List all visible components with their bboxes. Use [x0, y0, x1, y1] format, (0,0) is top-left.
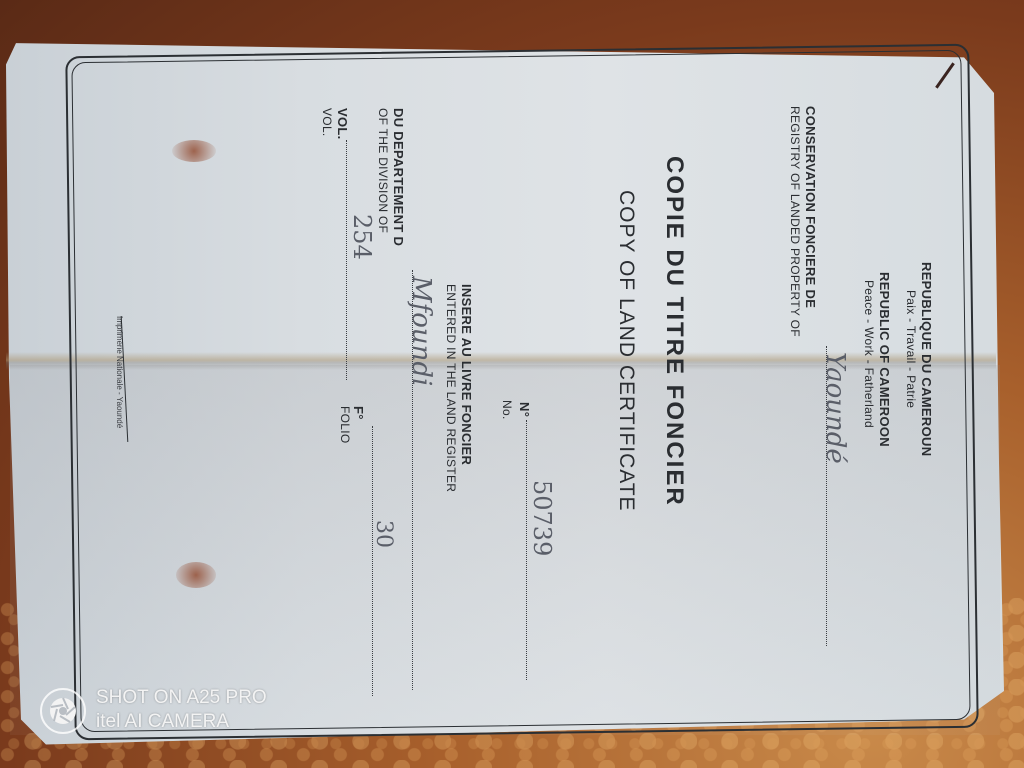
number-label-fr: N° [517, 402, 532, 417]
land-register-label-fr: INSERE AU LIVRE FONCIER [459, 284, 474, 465]
volume-value: 254 [348, 214, 376, 260]
volume-label-fr: VOL. [335, 108, 350, 140]
motto-en: Peace - Work - Fatherland [862, 280, 876, 428]
watermark-line-2: itel AI CAMERA [96, 710, 267, 734]
department-value: Mfoundi [406, 276, 436, 386]
department-dotted-line [412, 270, 413, 690]
land-register-label-en: ENTERED IN THE LAND REGISTER [444, 284, 458, 492]
stain-mark [176, 562, 216, 588]
volume-dotted-line [346, 140, 347, 380]
number-label-en: No. [500, 400, 514, 420]
registry-label-en: REGISTRY OF LANDED PROPERTY OF [788, 106, 802, 337]
number-value: 50739 [528, 480, 556, 556]
folio-label-en: FOLIO [338, 406, 352, 444]
document-title-fr: COPIE DU TITRE FONCIER [660, 156, 688, 507]
republic-fr: REPUBLIQUE DU CAMEROUN [919, 262, 934, 456]
registry-value: Yaoundé [820, 352, 850, 464]
motto-fr: Paix - Travail - Patrie [904, 290, 918, 408]
registry-dotted-line [826, 346, 827, 646]
volume-label-en: VOL. [320, 108, 334, 137]
watermark-line-1: SHOT ON A25 PRO [96, 686, 267, 710]
stain-mark [172, 140, 216, 162]
department-label-en: OF THE DIVISION OF [376, 108, 390, 233]
registry-label-fr: CONSERVATION FONCIERE DE [803, 106, 818, 308]
number-dotted-line [526, 420, 527, 680]
camera-aperture-icon [40, 688, 86, 734]
department-label-fr: DU DEPARTEMENT D [391, 108, 406, 246]
folio-label-fr: F° [351, 406, 366, 420]
document-title-en: COPY OF LAND CERTIFICATE [614, 190, 638, 512]
republic-en: REPUBLIC OF CAMEROON [877, 272, 892, 447]
folio-dotted-line [372, 426, 373, 696]
folio-value: 30 [371, 520, 396, 548]
